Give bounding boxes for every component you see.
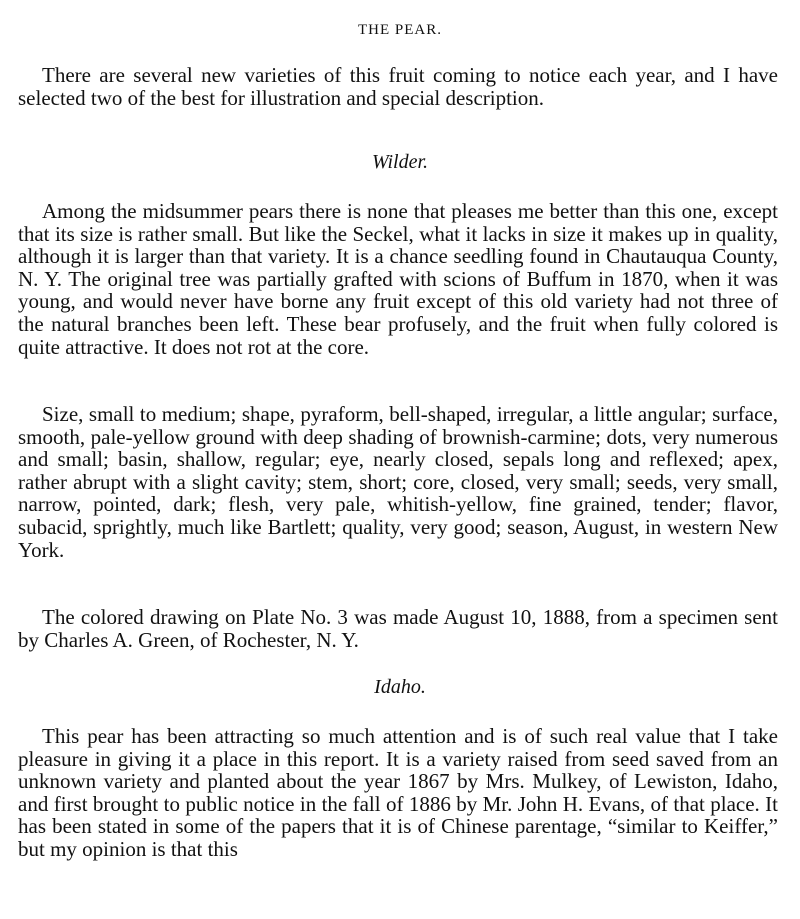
intro-paragraph: There are several new varieties of this …: [18, 64, 778, 109]
wilder-paragraph-3: The colored drawing on Plate No. 3 was m…: [18, 606, 778, 651]
page-title: THE PEAR.: [0, 22, 800, 39]
document-page: THE PEAR. There are several new varietie…: [0, 0, 800, 919]
wilder-paragraph-1: Among the midsummer pears there is none …: [18, 200, 778, 358]
section-heading-idaho: Idaho.: [0, 676, 800, 699]
wilder-paragraph-2: Size, small to medium; shape, pyraform, …: [18, 403, 778, 561]
idaho-paragraph-1: This pear has been attracting so much at…: [18, 725, 778, 861]
section-heading-wilder: Wilder.: [0, 151, 800, 174]
